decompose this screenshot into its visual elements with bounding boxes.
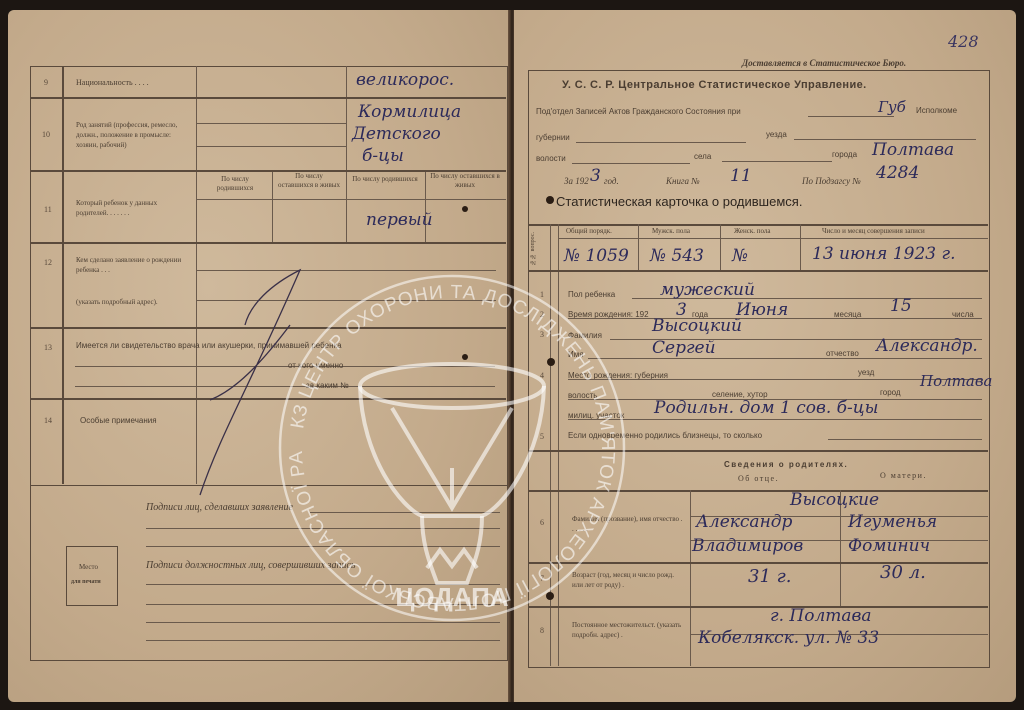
birth-month-value: Июня [736,300,788,320]
row-number: 14 [44,416,52,425]
father-age: 31 г. [748,566,791,587]
question-number: 1 [540,290,544,299]
mother-column-header: О матери. [880,471,927,480]
question-number: 7 [540,574,544,583]
mother-first-name: Игуменья [848,512,937,532]
parent-name-label: Фамилия (прозвание), имя отчество . . . … [572,514,684,534]
executive-committee-label: Исполкоме [916,106,957,115]
patronymic-value: Александр. [876,336,978,356]
cross-out-stroke [190,265,340,505]
page-number: 428 [948,32,979,51]
declarant-address-label: (указать подробный адрес). [76,298,158,306]
sex-label: Пол ребенка [568,290,615,299]
child-order-label: Который ребенок у данных родителей. . . … [76,198,191,218]
declarant-label: Кем сделано заявление о рождении ребенка… [76,255,191,275]
residence-label: Постоянное местожительст. (указать подро… [572,620,684,640]
row-number: 10 [42,130,50,139]
occupation-value-line3: б-цы [362,146,404,166]
twins-label: Если одновременно родились близнецы, то … [568,431,762,440]
record-date: 13 июня 1923 г. [812,244,955,264]
birthplace-city-value: Полтава [920,372,993,390]
officials-signature-label: Подписи должностных лиц, совершивших зап… [146,560,355,571]
police-district-value: Родильн. дом 1 сов. б-цы [654,398,879,418]
male-order-number: № 543 [650,246,704,266]
special-notes-label: Особые примечания [80,416,157,425]
birthplace-county-label: уезд [858,368,874,377]
header-title: У. С. С. Р. Центральное Статистическое У… [562,79,867,91]
occupation-label: Род занятий (профессия, ремесло, должн.,… [76,120,191,150]
column-header-record-date: Число и месяц совершения записи [822,227,925,235]
column-header-general: Общий порядк. [566,227,612,235]
birthplace-city-label: город [880,388,901,397]
punch-hole [546,592,554,600]
card-title: Статистическая карточка о родившемся. [556,194,802,209]
register-value: 4284 [876,163,919,183]
mother-patronymic: Фоминич [848,536,930,556]
book-label: Книга № [666,176,700,186]
occupation-value-line1: Кормилица [358,102,461,122]
row-number: 13 [44,343,52,352]
punch-hole [546,196,554,204]
residence-line2: Кобелякск. ул. № 33 [698,628,879,648]
village-label: села [694,152,711,161]
surname-label: Фамилия [568,331,602,340]
city-label: города [832,150,857,159]
column-header: По числу оставшихся в живых [430,172,500,190]
punch-hole [462,354,468,360]
subdept-value: Губ [878,98,906,116]
province-label: губернии [536,133,570,142]
seal-place-label: для печати [71,579,101,585]
volost-label: волости [536,154,566,163]
question-number: 8 [540,626,544,635]
question-number: 3 [540,330,544,339]
year-prefix: За 192 [564,176,589,186]
parents-surname: Высоцкие [790,490,879,510]
question-number: 5 [540,432,544,441]
parents-section-title: Сведения о родителях. [724,460,848,469]
female-order-number: № [732,246,748,266]
birth-day-value: 15 [890,296,912,316]
year-suffix: год. [604,176,619,186]
residence-line1: г. Полтава [770,606,872,626]
first-name-value: Сергей [652,338,716,358]
city-value: Полтава [872,140,954,160]
column-header-female: Женск. пола [734,227,771,235]
nationality-value: великорос. [356,70,454,90]
delivered-to-note: Доставляется в Статистическое Бюро. [742,58,906,68]
book-value: 11 [730,166,752,186]
subdept-label: Под'отдел Записей Актов Гражданского Сос… [536,107,741,116]
punch-hole [547,358,555,366]
column-header: По числу родившихся [204,175,266,193]
year-value: 3 [590,166,601,186]
patronymic-label: отчество [826,349,859,358]
surname-value: Высоцкий [652,316,742,336]
question-number: 4 [540,371,544,380]
question-number: 6 [540,518,544,527]
row-number: 12 [44,258,52,267]
father-patronymic: Владимиров [692,536,803,556]
seal-place-box: Место для печати [66,546,118,606]
sex-value: мужеский [660,280,755,300]
general-order-number: № 1059 [564,246,629,266]
column-header-male: Мужск. пола [652,227,690,235]
applicants-signature-label: Подписи лиц, сделавших заявление [146,502,293,513]
father-first-name: Александр [696,512,792,532]
row-number: 11 [44,205,52,214]
row-number: 9 [44,78,48,87]
child-order-value: первый [366,210,433,230]
first-name-label: Имя [568,350,584,359]
father-column-header: Об отце. [738,474,779,483]
mother-age: 30 л. [880,562,926,583]
occupation-value-line2: Детского [352,124,441,144]
parent-age-label: Возраст (год, месяц и число рожд. или ле… [572,570,684,590]
question-number-label: №№ вопрос. [530,232,536,265]
question-number: 2 [540,310,544,319]
register-label: По Подзагсу № [802,176,861,186]
column-header: По числу оставшихся в живых [278,172,340,190]
nationality-label: Национальность . . . . [76,78,149,87]
column-header: По числу родившихся [352,175,418,184]
seal-place-label: Место [79,563,98,571]
county-label: уезда [766,130,787,139]
punch-hole [462,206,468,212]
